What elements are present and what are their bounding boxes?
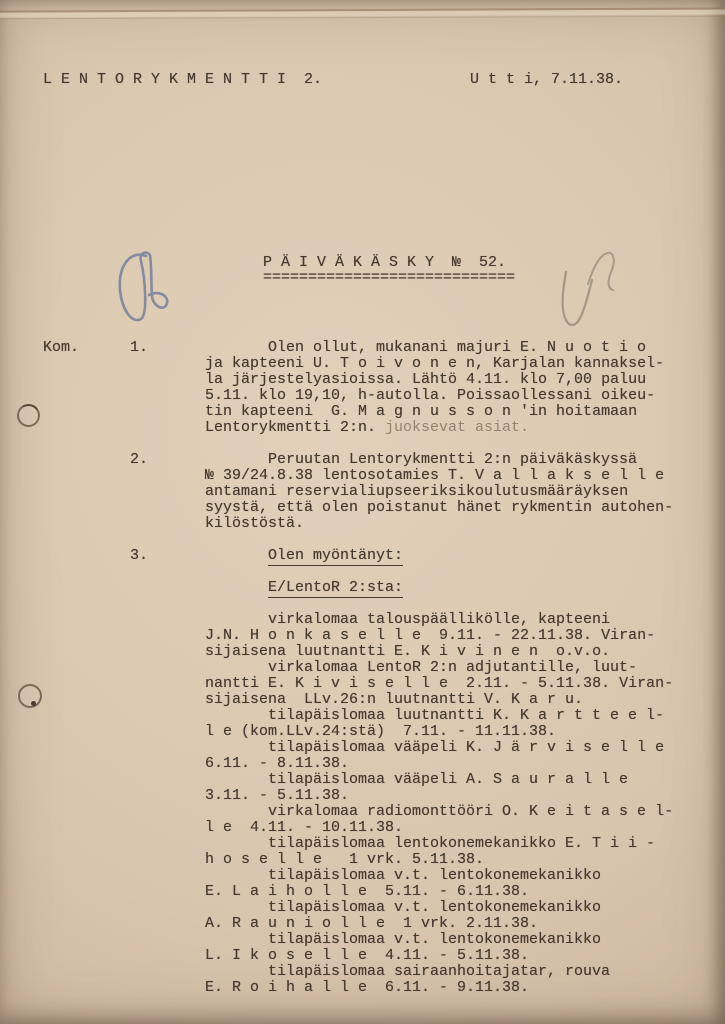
text-line: nantti E. K i v i s e l l e 2.11. - 5.11… [205, 676, 685, 692]
text-line-content: sijaisena luutnantti E. K i v i n e n o.… [205, 643, 610, 660]
document-header: L E N T O R Y K M E N T T I 2. U t t i, … [43, 72, 623, 88]
text-line: sijaisena LLv.26:n luutnantti V. K a r u… [205, 692, 685, 708]
order-section: 2.Peruutan Lentorykmentti 2:n päiväkäsky… [0, 452, 725, 532]
text-line-content: J.N. H o n k a s e l l e 9.11. - 22.11.3… [205, 627, 655, 644]
text-line-content: l e (kom.LLv.24:stä) 7.11. - 11.11.38. [205, 723, 556, 740]
text-line-content: kilöstöstä. [205, 515, 304, 532]
text-line-content: L. I k o s e l l e 4.11. - 5.11.38. [205, 947, 529, 964]
text-line: 6.11. - 8.11.38. [205, 756, 685, 772]
section-number: 3. [130, 548, 148, 564]
text-line-content: ja kapteeni U. T o i v o n e n, Karjalan… [205, 355, 664, 372]
text-line-content: E. L a i h o l l e 5.11. - 6.11.38. [205, 883, 529, 900]
text-line-content: Peruutan Lentorykmentti 2:n päiväkäskyss… [268, 451, 637, 468]
text-line-content: antamani reservialiupseeriksikoulutusmää… [205, 483, 628, 500]
section-number: 2. [130, 452, 148, 468]
text-line: Peruutan Lentorykmentti 2:n päiväkäskyss… [205, 452, 685, 468]
text-line: tilapäislomaa v.t. lentokonemekanikko [205, 900, 685, 916]
text-line-content: № 39/24.8.38 lentosotamies T. V a l l a … [205, 467, 664, 484]
section-body: Peruutan Lentorykmentti 2:n päiväkäskyss… [205, 452, 685, 532]
text-line-content: tilapäislomaa luutnantti K. K a r t t e … [268, 707, 664, 724]
text-line: Olen ollut, mukanani majuri E. N u o t i… [205, 340, 685, 356]
text-line: tilapäislomaa vääpeli A. S a u r a l l e [205, 772, 685, 788]
text-line-content: h o s e l l e 1 vrk. 5.11.38. [205, 851, 484, 868]
text-line-content: tilapäislomaa v.t. lentokonemekanikko [268, 899, 601, 916]
text-line-content: syystä, että olen poistanut hänet rykmen… [205, 499, 673, 516]
text-line-content: tilapäislomaa lentokonemekanikko E. T i … [268, 835, 655, 852]
text-line-content: E/LentoR 2:sta: [268, 579, 403, 598]
text-line-content: Lentorykmentti 2:n. [205, 419, 385, 436]
text-line-content: l e 4.11. - 10.11.38. [205, 819, 403, 836]
text-line: tilapäislomaa vääpeli K. J ä r v i s e l… [205, 740, 685, 756]
order-title-block: P Ä I V Ä K Ä S K Y № 52. ==============… [263, 255, 515, 286]
section-margin-label: Kom. [43, 340, 79, 356]
faint-typed-text: juoksevat asiat. [385, 419, 529, 436]
order-section: Kom.1.Olen ollut, mukanani majuri E. N u… [0, 340, 725, 436]
handwritten-blue-pencil-scribble-icon [112, 248, 192, 338]
text-line: № 39/24.8.38 lentosotamies T. V a l l a … [205, 468, 685, 484]
text-line: tilapäislomaa luutnantti K. K a r t t e … [205, 708, 685, 724]
text-line-content: tilapäislomaa v.t. lentokonemekanikko [268, 931, 601, 948]
text-line: Olen myöntänyt: [205, 548, 685, 564]
text-line [205, 596, 685, 612]
text-line: E. R o i h a l l e 6.11. - 9.11.38. [205, 980, 685, 996]
text-line: A. R a u n i o l l e 1 vrk. 2.11.38. [205, 916, 685, 932]
text-line: E. L a i h o l l e 5.11. - 6.11.38. [205, 884, 685, 900]
text-line [205, 564, 685, 580]
text-line: virkalomaa talouspäällikölle, kapteeni [205, 612, 685, 628]
text-line: 5.11. klo 19,10, h-autolla. Poissaolless… [205, 388, 685, 404]
text-line: la järjestelyasioissa. Lähtö 4.11. klo 7… [205, 372, 685, 388]
text-line-content: 6.11. - 8.11.38. [205, 755, 349, 772]
text-line: tilapäislomaa lentokonemekanikko E. T i … [205, 836, 685, 852]
section-body: Olen myöntänyt:E/LentoR 2:sta:virkalomaa… [205, 548, 685, 996]
section-number: 1. [130, 340, 148, 356]
text-line: E/LentoR 2:sta: [205, 580, 685, 596]
text-line-content: nantti E. K i v i s e l l e 2.11. - 5.11… [205, 675, 673, 692]
text-line-content: tilapäislomaa vääpeli A. S a u r a l l e [268, 771, 628, 788]
text-line: kilöstöstä. [205, 516, 685, 532]
text-line-content: 5.11. klo 19,10, h-autolla. Poissaolless… [205, 387, 655, 404]
order-title-underline: ============================ [263, 270, 515, 286]
text-line-content: virkalomaa LentoR 2:n adjutantille, luut… [268, 659, 637, 676]
text-line: 3.11. - 5.11.38. [205, 788, 685, 804]
text-line: tilapäislomaa v.t. lentokonemekanikko [205, 868, 685, 884]
text-line: l e (kom.LLv.24:stä) 7.11. - 11.11.38. [205, 724, 685, 740]
text-line-content: virkalomaa radiomonttööri O. K e i t a s… [268, 803, 673, 820]
text-line: antamani reservialiupseeriksikoulutusmää… [205, 484, 685, 500]
text-line: h o s e l l e 1 vrk. 5.11.38. [205, 852, 685, 868]
text-line-content: la järjestelyasioissa. Lähtö 4.11. klo 7… [205, 371, 646, 388]
section-body: Olen ollut, mukanani majuri E. N u o t i… [205, 340, 685, 436]
document-scan: { "page": { "header": { "organization": … [0, 0, 725, 1024]
text-line-content: Olen ollut, mukanani majuri E. N u o t i… [268, 339, 646, 356]
text-line-content: 3.11. - 5.11.38. [205, 787, 349, 804]
text-line-content: A. R a u n i o l l e 1 vrk. 2.11.38. [205, 915, 538, 932]
text-line-content: tin kapteeni G. M a g n u s s o n 'in ho… [205, 403, 637, 420]
organization-name: L E N T O R Y K M E N T T I 2. [43, 72, 322, 88]
text-line: l e 4.11. - 10.11.38. [205, 820, 685, 836]
text-line: Lentorykmentti 2:n. juoksevat asiat. [205, 420, 685, 436]
text-line-content: sijaisena LLv.26:n luutnantti V. K a r u… [205, 691, 583, 708]
text-line: virkalomaa radiomonttööri O. K e i t a s… [205, 804, 685, 820]
text-line: virkalomaa LentoR 2:n adjutantille, luut… [205, 660, 685, 676]
text-line-content: Olen myöntänyt: [268, 547, 403, 566]
place-and-date: U t t i, 7.11.38. [470, 72, 623, 88]
text-line: L. I k o s e l l e 4.11. - 5.11.38. [205, 948, 685, 964]
handwritten-graphite-mark-icon [538, 238, 633, 338]
order-sections: Kom.1.Olen ollut, mukanani majuri E. N u… [0, 340, 725, 1012]
text-line: J.N. H o n k a s e l l e 9.11. - 22.11.3… [205, 628, 685, 644]
text-line-content: virkalomaa talouspäällikölle, kapteeni [268, 611, 610, 628]
text-line-content: tilapäislomaa vääpeli K. J ä r v i s e l… [268, 739, 664, 756]
text-line-content: E. R o i h a l l e 6.11. - 9.11.38. [205, 979, 529, 996]
text-line-content: tilapäislomaa v.t. lentokonemekanikko [268, 867, 601, 884]
text-line-content: tilapäislomaa sairaanhoitajatar, rouva [268, 963, 610, 980]
text-line: ja kapteeni U. T o i v o n e n, Karjalan… [205, 356, 685, 372]
text-line: tin kapteeni G. M a g n u s s o n 'in ho… [205, 404, 685, 420]
text-line: tilapäislomaa v.t. lentokonemekanikko [205, 932, 685, 948]
order-section: 3.Olen myöntänyt:E/LentoR 2:sta:virkalom… [0, 548, 725, 996]
text-line: syystä, että olen poistanut hänet rykmen… [205, 500, 685, 516]
text-line: sijaisena luutnantti E. K i v i n e n o.… [205, 644, 685, 660]
punch-hole-dot-icon [31, 701, 36, 706]
text-line: tilapäislomaa sairaanhoitajatar, rouva [205, 964, 685, 980]
